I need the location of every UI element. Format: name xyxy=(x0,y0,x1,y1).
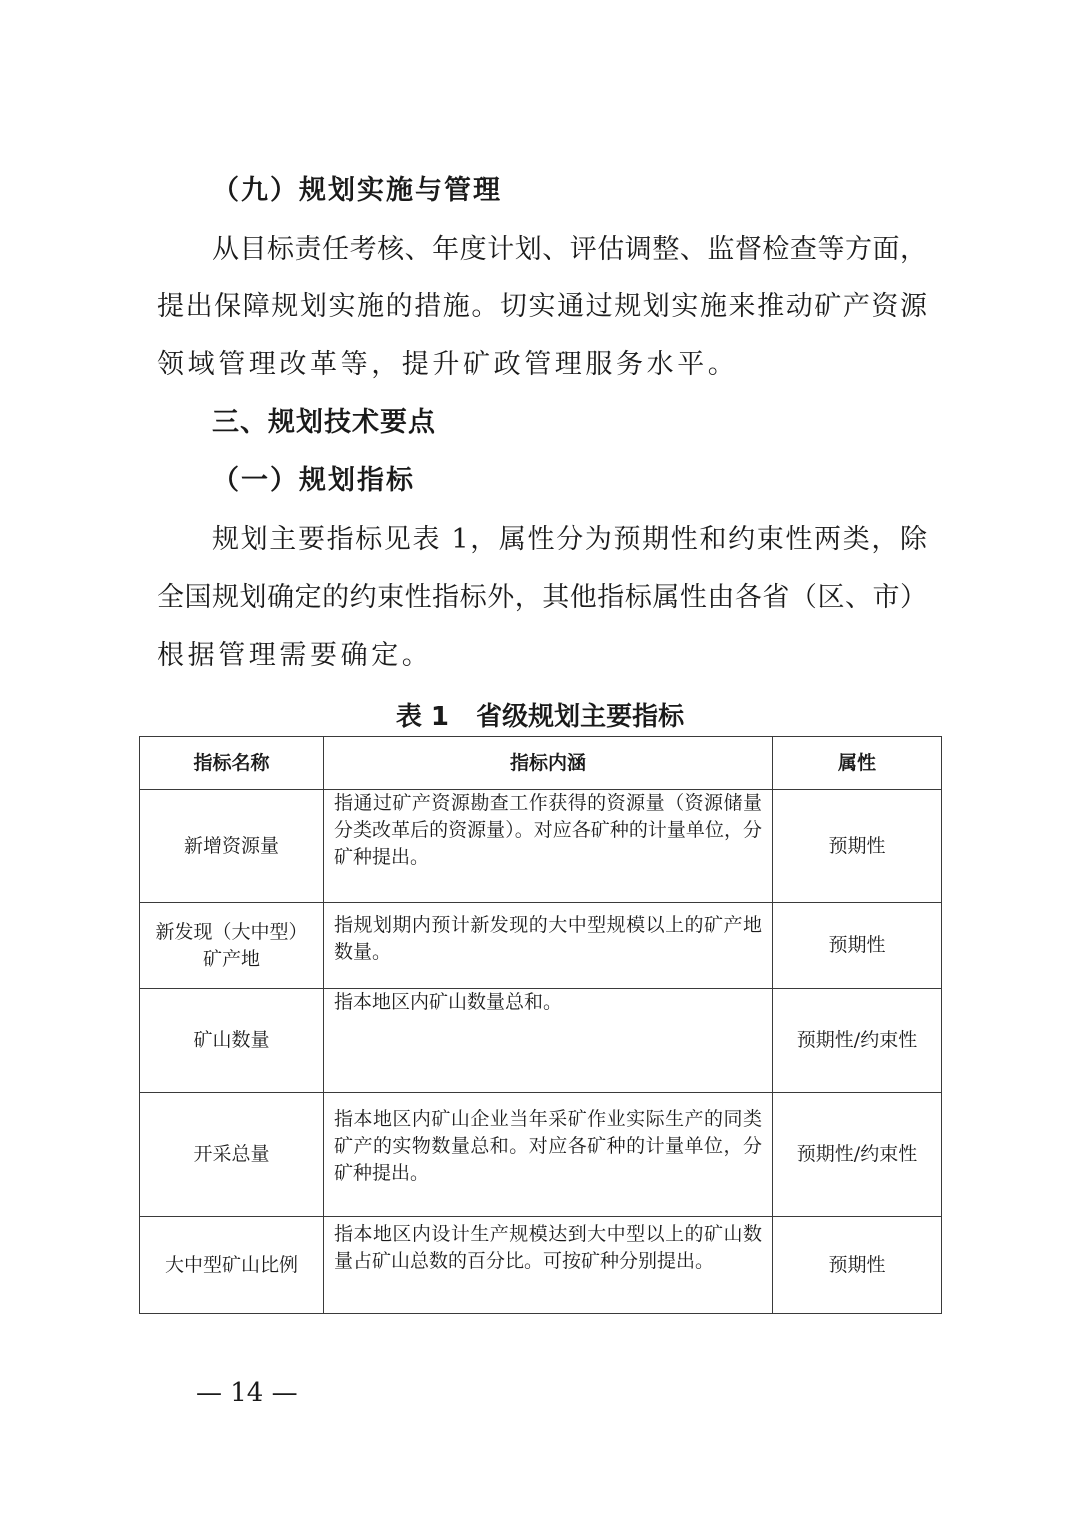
indicator-name: 新增资源量 xyxy=(140,790,324,903)
paragraph-line: 提出保障规划实施的措施。切实通过规划实施来推动矿产资源 xyxy=(157,290,927,324)
paragraph-line: 规划主要指标见表 1，属性分为预期性和约束性两类，除 xyxy=(212,523,927,557)
section-heading-implementation: （九）规划实施与管理 xyxy=(212,174,982,208)
paragraph-line: 领域管理改革等，提升矿政管理服务水平。 xyxy=(157,348,927,382)
document-page: （九）规划实施与管理 从目标责任考核、年度计划、评估调整、监督检查等方面， 提出… xyxy=(0,0,1080,1527)
subsection-heading-indicators: （一）规划指标 xyxy=(212,464,982,498)
indicators-table: 指标名称 指标内涵 属性 新增资源量 指通过矿产资源勘查工作获得的资源量（资源储… xyxy=(139,736,942,1314)
column-header-description: 指标内涵 xyxy=(324,737,773,790)
indicator-attribute: 预期性 xyxy=(773,903,942,989)
indicator-name: 新发现（大中型）矿产地 xyxy=(140,903,324,989)
page-number: — 14 — xyxy=(196,1376,298,1410)
indicator-name: 大中型矿山比例 xyxy=(140,1217,324,1314)
table-row: 新增资源量 指通过矿产资源勘查工作获得的资源量（资源储量分类改革后的资源量）。对… xyxy=(140,790,942,903)
table-row: 矿山数量 指本地区内矿山数量总和。 预期性/约束性 xyxy=(140,989,942,1093)
indicator-name: 矿山数量 xyxy=(140,989,324,1093)
indicator-description: 指本地区内设计生产规模达到大中型以上的矿山数量占矿山总数的百分比。可按矿种分别提… xyxy=(324,1217,773,1314)
table-caption: 表 1 省级规划主要指标 xyxy=(139,700,941,734)
column-header-name: 指标名称 xyxy=(140,737,324,790)
indicator-description: 指规划期内预计新发现的大中型规模以上的矿产地数量。 xyxy=(324,903,773,989)
table-row: 新发现（大中型）矿产地 指规划期内预计新发现的大中型规模以上的矿产地数量。 预期… xyxy=(140,903,942,989)
indicator-attribute: 预期性/约束性 xyxy=(773,989,942,1093)
table-row: 大中型矿山比例 指本地区内设计生产规模达到大中型以上的矿山数量占矿山总数的百分比… xyxy=(140,1217,942,1314)
paragraph-line: 根据管理需要确定。 xyxy=(157,639,927,673)
indicator-name: 开采总量 xyxy=(140,1093,324,1217)
table-row: 开采总量 指本地区内矿山企业当年采矿作业实际生产的同类矿产的实物数量总和。对应各… xyxy=(140,1093,942,1217)
table-header-row: 指标名称 指标内涵 属性 xyxy=(140,737,942,790)
column-header-attribute: 属性 xyxy=(773,737,942,790)
indicator-description: 指本地区内矿山数量总和。 xyxy=(324,989,773,1093)
paragraph-line: 全国规划确定的约束性指标外，其他指标属性由各省（区、市） xyxy=(157,581,927,615)
paragraph-line: 从目标责任考核、年度计划、评估调整、监督检查等方面， xyxy=(212,233,927,267)
indicator-attribute: 预期性 xyxy=(773,1217,942,1314)
indicator-description: 指通过矿产资源勘查工作获得的资源量（资源储量分类改革后的资源量）。对应各矿种的计… xyxy=(324,790,773,903)
part-heading-technical-points: 三、规划技术要点 xyxy=(212,406,982,440)
indicator-attribute: 预期性/约束性 xyxy=(773,1093,942,1217)
indicator-description: 指本地区内矿山企业当年采矿作业实际生产的同类矿产的实物数量总和。对应各矿种的计量… xyxy=(324,1093,773,1217)
indicator-attribute: 预期性 xyxy=(773,790,942,903)
